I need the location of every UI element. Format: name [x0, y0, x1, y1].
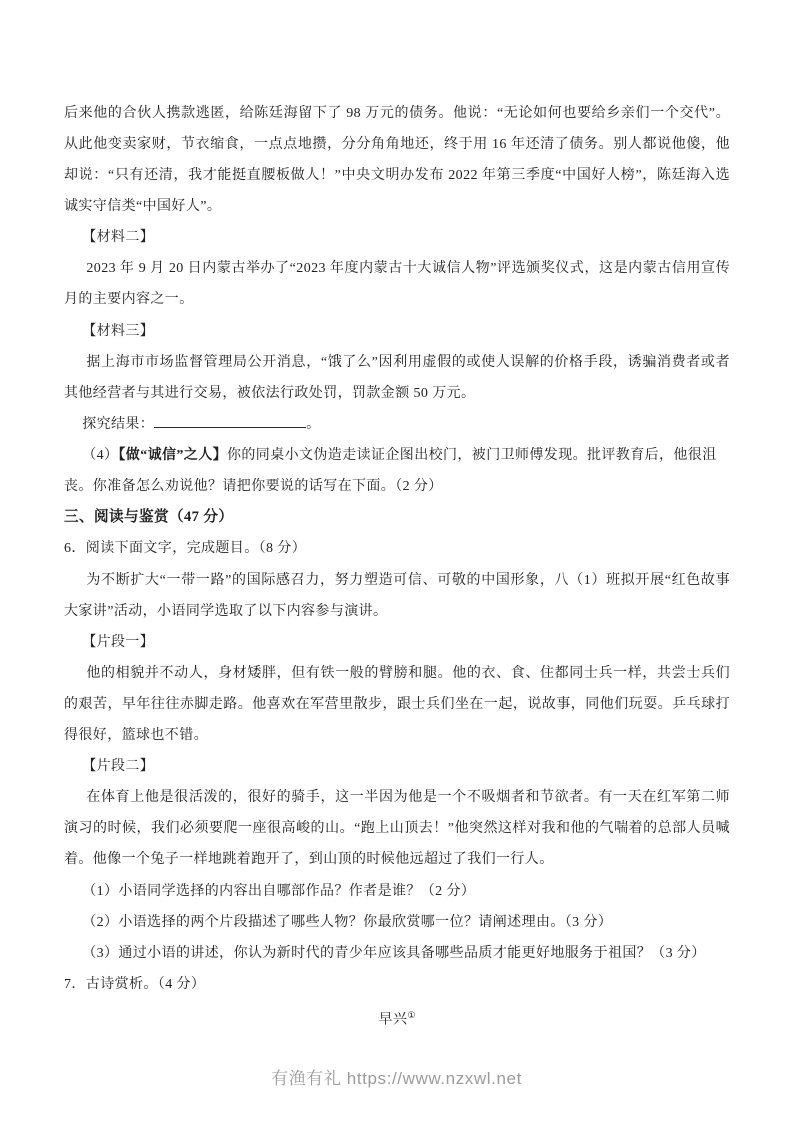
explore-result-period: 。: [306, 417, 320, 432]
paragraph-honesty-story-continued: 后来他的合伙人携款逃匿，给陈廷海留下了 98 万元的债务。他说：“无论如何也要给…: [64, 98, 730, 222]
answer-blank-underline: [154, 414, 306, 428]
question-6-sub-3: （3）通过小语的讲述，你认为新时代的青少年应该具备哪些品质才能更好地服务于祖国？…: [64, 938, 730, 969]
fragment-1-text: 他的相貌并不动人，身材矮胖，但有铁一般的臂膀和腿。他的衣、食、住都同士兵一样，共…: [64, 658, 730, 751]
question-4: （4）【做“诚信”之人】你的同桌小文伪造走读证企图出校门，被门卫师傅发现。批评教…: [64, 440, 730, 502]
exam-paper-page: 后来他的合伙人携款逃匿，给陈廷海留下了 98 万元的债务。他说：“无论如何也要给…: [0, 0, 793, 1122]
fragment-2-text: 在体育上他是很活泼的，很好的骑手，这一半因为他是一个不吸烟者和节欲者。有一天在红…: [64, 782, 730, 875]
material-2-tag: 【材料二】: [64, 222, 730, 253]
question-6-heading: 6．阅读下面文字，完成题目。（8 分）: [64, 533, 730, 564]
explore-result-line: 探究结果：。: [64, 409, 730, 440]
poem-footnote-mark: ①: [407, 1010, 415, 1020]
material-3-tag: 【材料三】: [64, 316, 730, 347]
material-3-text: 据上海市市场监督管理局公开消息，“饿了么”因利用虚假的或使人误解的价格手段，诱骗…: [64, 347, 730, 409]
question-6-sub-2: （2）小语选择的两个片段描述了哪些人物？你最欣赏哪一位？请阐述理由。（3 分）: [64, 907, 730, 938]
explore-result-label: 探究结果：: [82, 417, 154, 432]
section-3-heading: 三、阅读与鉴赏（47 分）: [64, 502, 730, 533]
question-4-number: （4）: [82, 448, 118, 463]
fragment-2-tag: 【片段二】: [64, 751, 730, 782]
fragment-1-tag: 【片段一】: [64, 627, 730, 658]
question-7-heading: 7．古诗赏析。（4 分）: [64, 969, 730, 1000]
watermark-text: 有渔有礼 https://www.nzxwl.net: [0, 1064, 793, 1089]
question-4-bold-tag: 【做“诚信”之人】: [118, 448, 227, 463]
material-2-text: 2023 年 9 月 20 日内蒙古举办了“2023 年度内蒙古十大诚信人物”评…: [64, 253, 730, 315]
poem-title-line: 早兴①: [64, 1000, 730, 1036]
question-6-sub-1: （1）小语同学选择的内容出自哪部作品？作者是谁？（2 分）: [64, 876, 730, 907]
poem-title: 早兴: [379, 1013, 408, 1028]
question-6-intro: 为不断扩大“一带一路”的国际感召力，努力塑造可信、可敬的中国形象，八（1）班拟开…: [64, 565, 730, 627]
